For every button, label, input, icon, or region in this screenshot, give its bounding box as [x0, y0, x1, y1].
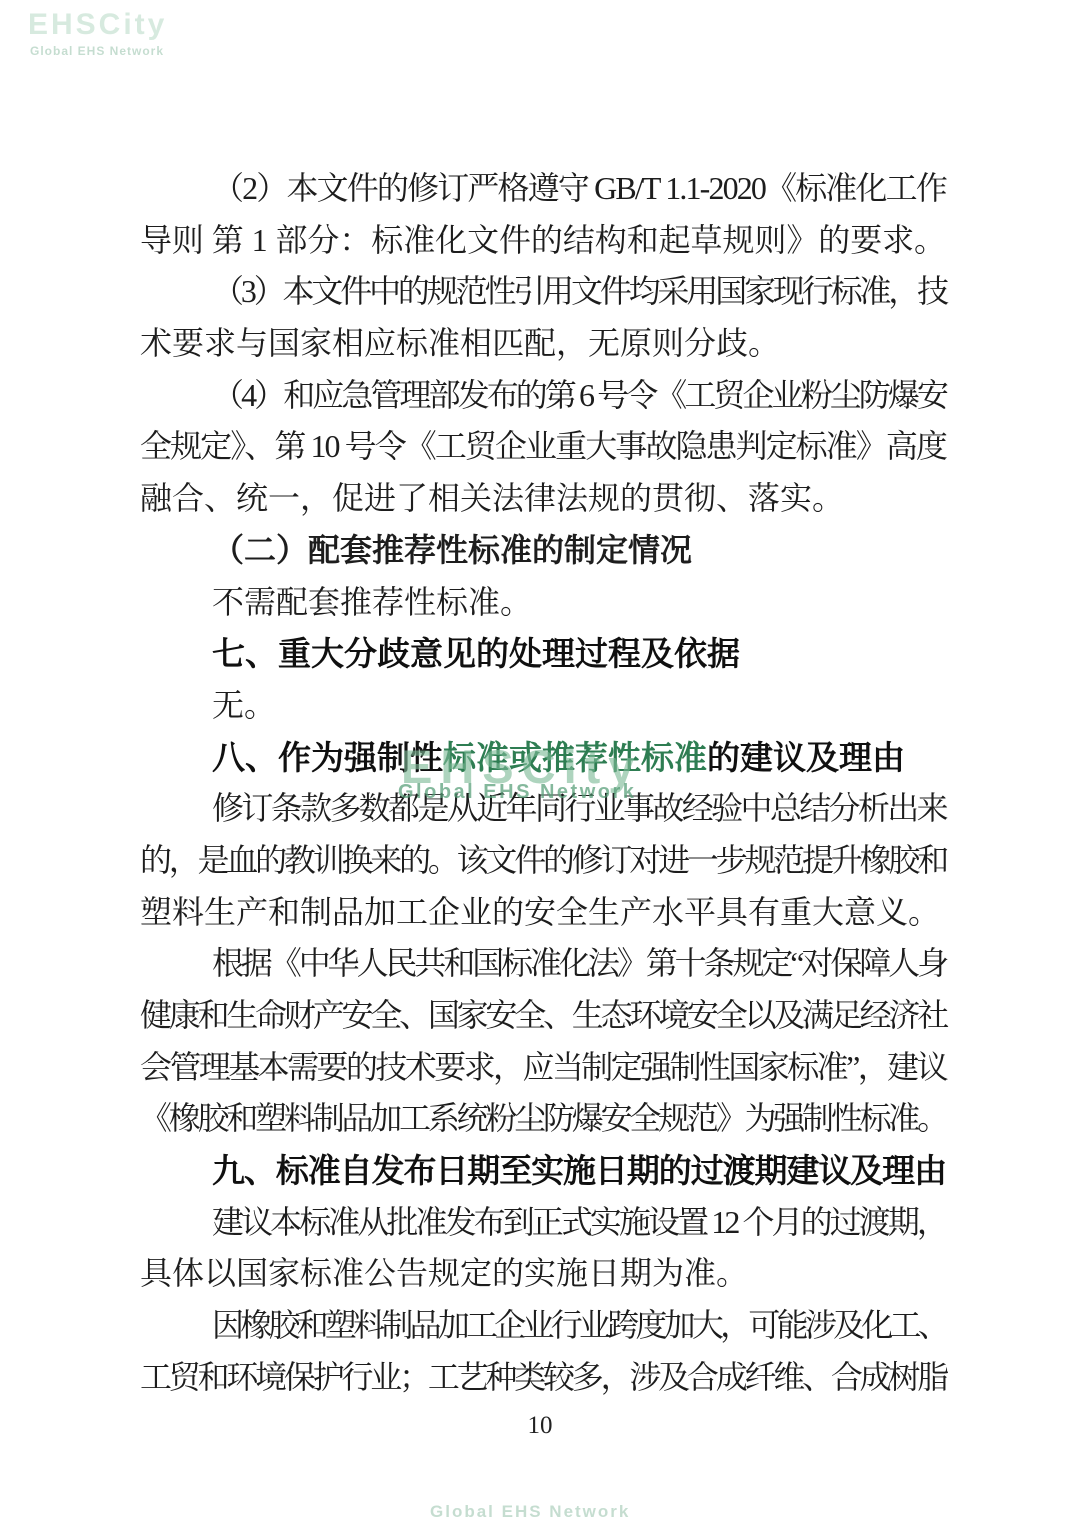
text-line: 术要求与国家相应标准相匹配，无原则分歧。: [140, 318, 946, 370]
text-line: 会管理基本需要的技术要求，应当制定强制性国家标准”，建议: [140, 1042, 946, 1094]
text-line: 导则 第 1 部分：标准化文件的结构和起草规则》的要求。: [140, 215, 946, 267]
document-page: EHSCity Global EHS Network EHSCity Globa…: [0, 0, 1080, 1527]
text-line: 因橡胶和塑料制品加工企业行业跨度加大，可能涉及化工、: [140, 1300, 946, 1352]
watermark-tagline: Global EHS Network: [430, 1502, 630, 1522]
text-line: （3）本文件中的规范性引用文件均采用国家现行标准，技: [140, 266, 946, 318]
section-heading-7: 七、重大分歧意见的处理过程及依据: [140, 628, 946, 680]
text-line: 全规定》、第 10 号令《工贸企业重大事故隐患判定标准》高度: [140, 421, 946, 473]
text-line: （2）本文件的修订严格遵守 GB/T 1.1-2020《标准化工作: [140, 163, 946, 215]
text-line: 《橡胶和塑料制品加工系统粉尘防爆安全规范》为强制性标准。: [140, 1093, 946, 1145]
document-body: （2）本文件的修订严格遵守 GB/T 1.1-2020《标准化工作 导则 第 1…: [140, 163, 946, 1404]
subsection-heading: （二）配套推荐性标准的制定情况: [140, 525, 946, 577]
page-number: 10: [0, 1412, 1080, 1440]
text-line: 建议本标准从批准发布到正式实施设置 12 个月的过渡期，: [140, 1197, 946, 1249]
text-line: 塑料生产和制品加工企业的安全生产水平具有重大意义。: [140, 887, 946, 939]
text-line: 具体以国家标准公告规定的实施日期为准。: [140, 1248, 946, 1300]
watermark-brand: EHSCity: [28, 8, 167, 42]
heading-8-highlight: 标准或推荐性标准: [443, 739, 707, 776]
heading-8-post: 的建议及理由: [707, 739, 905, 776]
text-line: 融合、统一，促进了相关法律法规的贯彻、落实。: [140, 473, 946, 525]
text-line: 不需配套推荐性标准。: [140, 577, 946, 629]
watermark-tagline: Global EHS Network: [30, 44, 164, 58]
text-line: （4）和应急管理部发布的第 6 号令《工贸企业粉尘防爆安: [140, 370, 946, 422]
section-heading-9: 九、标准自发布日期至实施日期的过渡期建议及理由: [140, 1145, 946, 1197]
text-line: 根据《中华人民共和国标准化法》第十条规定“对保障人身: [140, 938, 946, 990]
text-line: 健康和生命财产安全、国家安全、生态环境安全以及满足经济社: [140, 990, 946, 1042]
text-line: 工贸和环境保护行业；工艺种类较多，涉及合成纤维、合成树脂: [140, 1352, 946, 1404]
text-line: 修订条款多数都是从近年同行业事故经验中总结分析出来: [140, 783, 946, 835]
text-line: 无。: [140, 680, 946, 732]
text-line: 的，是血的教训换来的。该文件的修订对进一步规范提升橡胶和: [140, 835, 946, 887]
heading-8-pre: 八、作为强制性: [212, 739, 443, 776]
section-heading-8: 八、作为强制性标准或推荐性标准的建议及理由: [140, 732, 946, 784]
